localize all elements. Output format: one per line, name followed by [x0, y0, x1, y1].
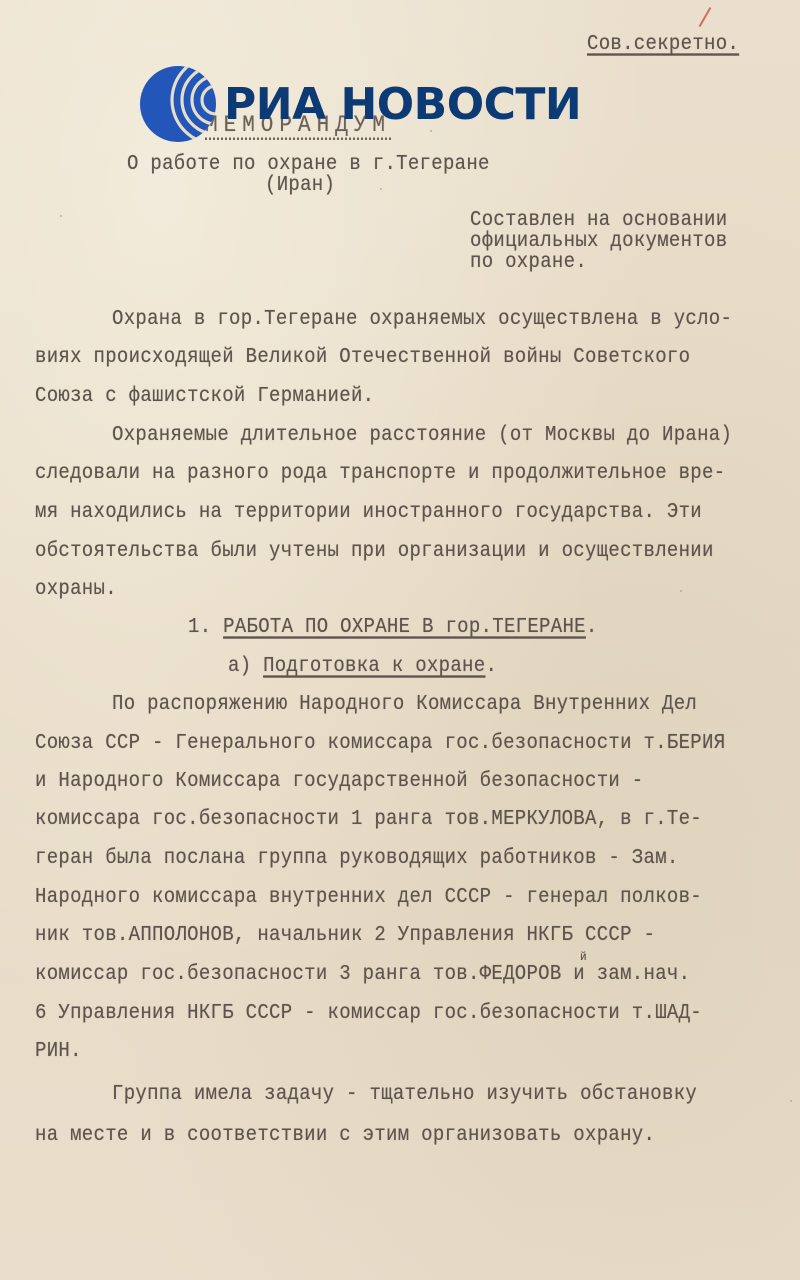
- red-pencil-mark: [699, 7, 712, 27]
- paragraph-3-line: РИН.: [35, 1038, 82, 1063]
- subsection-letter: а): [228, 653, 251, 678]
- paragraph-4-line: Группа имела задачу - тщательно изучить …: [112, 1081, 697, 1106]
- paper-speck: [680, 590, 682, 592]
- paragraph-3-line: ник тов.АППОЛОНОВ, начальник 2 Управлени…: [35, 922, 655, 947]
- subsection-heading-end: .: [485, 653, 497, 678]
- source-note-line: по охране.: [470, 249, 587, 274]
- subtitle-line-2: (Иран): [265, 172, 335, 197]
- paragraph-3-line: Народного комиссара внутренних дел СССР …: [35, 884, 702, 909]
- paragraph-2-line: обстоятельства были учтены при организац…: [35, 538, 714, 563]
- paper-speck: [380, 188, 382, 190]
- paragraph-3-line: Союза ССР - Генерального комиссара гос.б…: [35, 730, 725, 755]
- section-heading-text: РАБОТА ПО ОХРАНЕ В гор.ТЕГЕРАНЕ: [223, 614, 586, 639]
- ria-novosti-watermark: РИА НОВОСТИ: [138, 60, 581, 144]
- paragraph-1-line: Охрана в гор.Тегеране охраняемых осущест…: [112, 306, 732, 331]
- ria-novosti-wordmark: РИА НОВОСТИ: [224, 83, 581, 127]
- classification-stamp: Сов.секретно.: [587, 31, 739, 56]
- paragraph-4-line: на месте и в соответствии с этим организ…: [35, 1122, 655, 1147]
- paragraph-2-line: следовали на разного рода транспорте и п…: [35, 460, 725, 485]
- paragraph-2-line: охраны.: [35, 576, 117, 601]
- paragraph-1-line: виях происходящей Великой Отечественной …: [35, 344, 690, 369]
- paragraph-2-line: мя находились на территории иностранного…: [35, 499, 702, 524]
- paper-speck: [430, 130, 432, 132]
- paragraph-2-line: Охраняемые длительное расстояние (от Мос…: [112, 422, 732, 447]
- paragraph-3-line: и Народного Комиссара государственной бе…: [35, 768, 644, 793]
- subsection-heading: а) Подготовка к охране.: [228, 653, 497, 678]
- ria-globe-icon: [138, 60, 220, 144]
- paragraph-3-line: 6 Управления НКГБ СССР - комиссар гос.бе…: [35, 1000, 702, 1025]
- section-number: 1.: [188, 614, 211, 639]
- section-heading-end: .: [586, 614, 598, 639]
- paragraph-1-line: Союза с фашистской Германией.: [35, 383, 374, 408]
- paragraph-3-line: геран была послана группа руководящих ра…: [35, 845, 679, 870]
- paragraph-3-line: По распоряжению Народного Комиссара Внут…: [112, 691, 697, 716]
- subsection-heading-text: Подготовка к охране: [263, 653, 485, 678]
- paragraph-3-line: комиссар гос.безопасности 3 ранга тов.ФЕ…: [35, 961, 690, 986]
- paper-speck: [60, 215, 62, 217]
- paragraph-3-line: комиссара гос.безопасности 1 ранга тов.М…: [35, 806, 702, 831]
- paper-speck: [790, 1100, 792, 1102]
- document-page: Сов.секретно. МЕМОРАНДУМ РИА НОВОСТИ О р…: [0, 0, 800, 1280]
- section-heading: 1. РАБОТА ПО ОХРАНЕ В гор.ТЕГЕРАНЕ.: [188, 614, 598, 639]
